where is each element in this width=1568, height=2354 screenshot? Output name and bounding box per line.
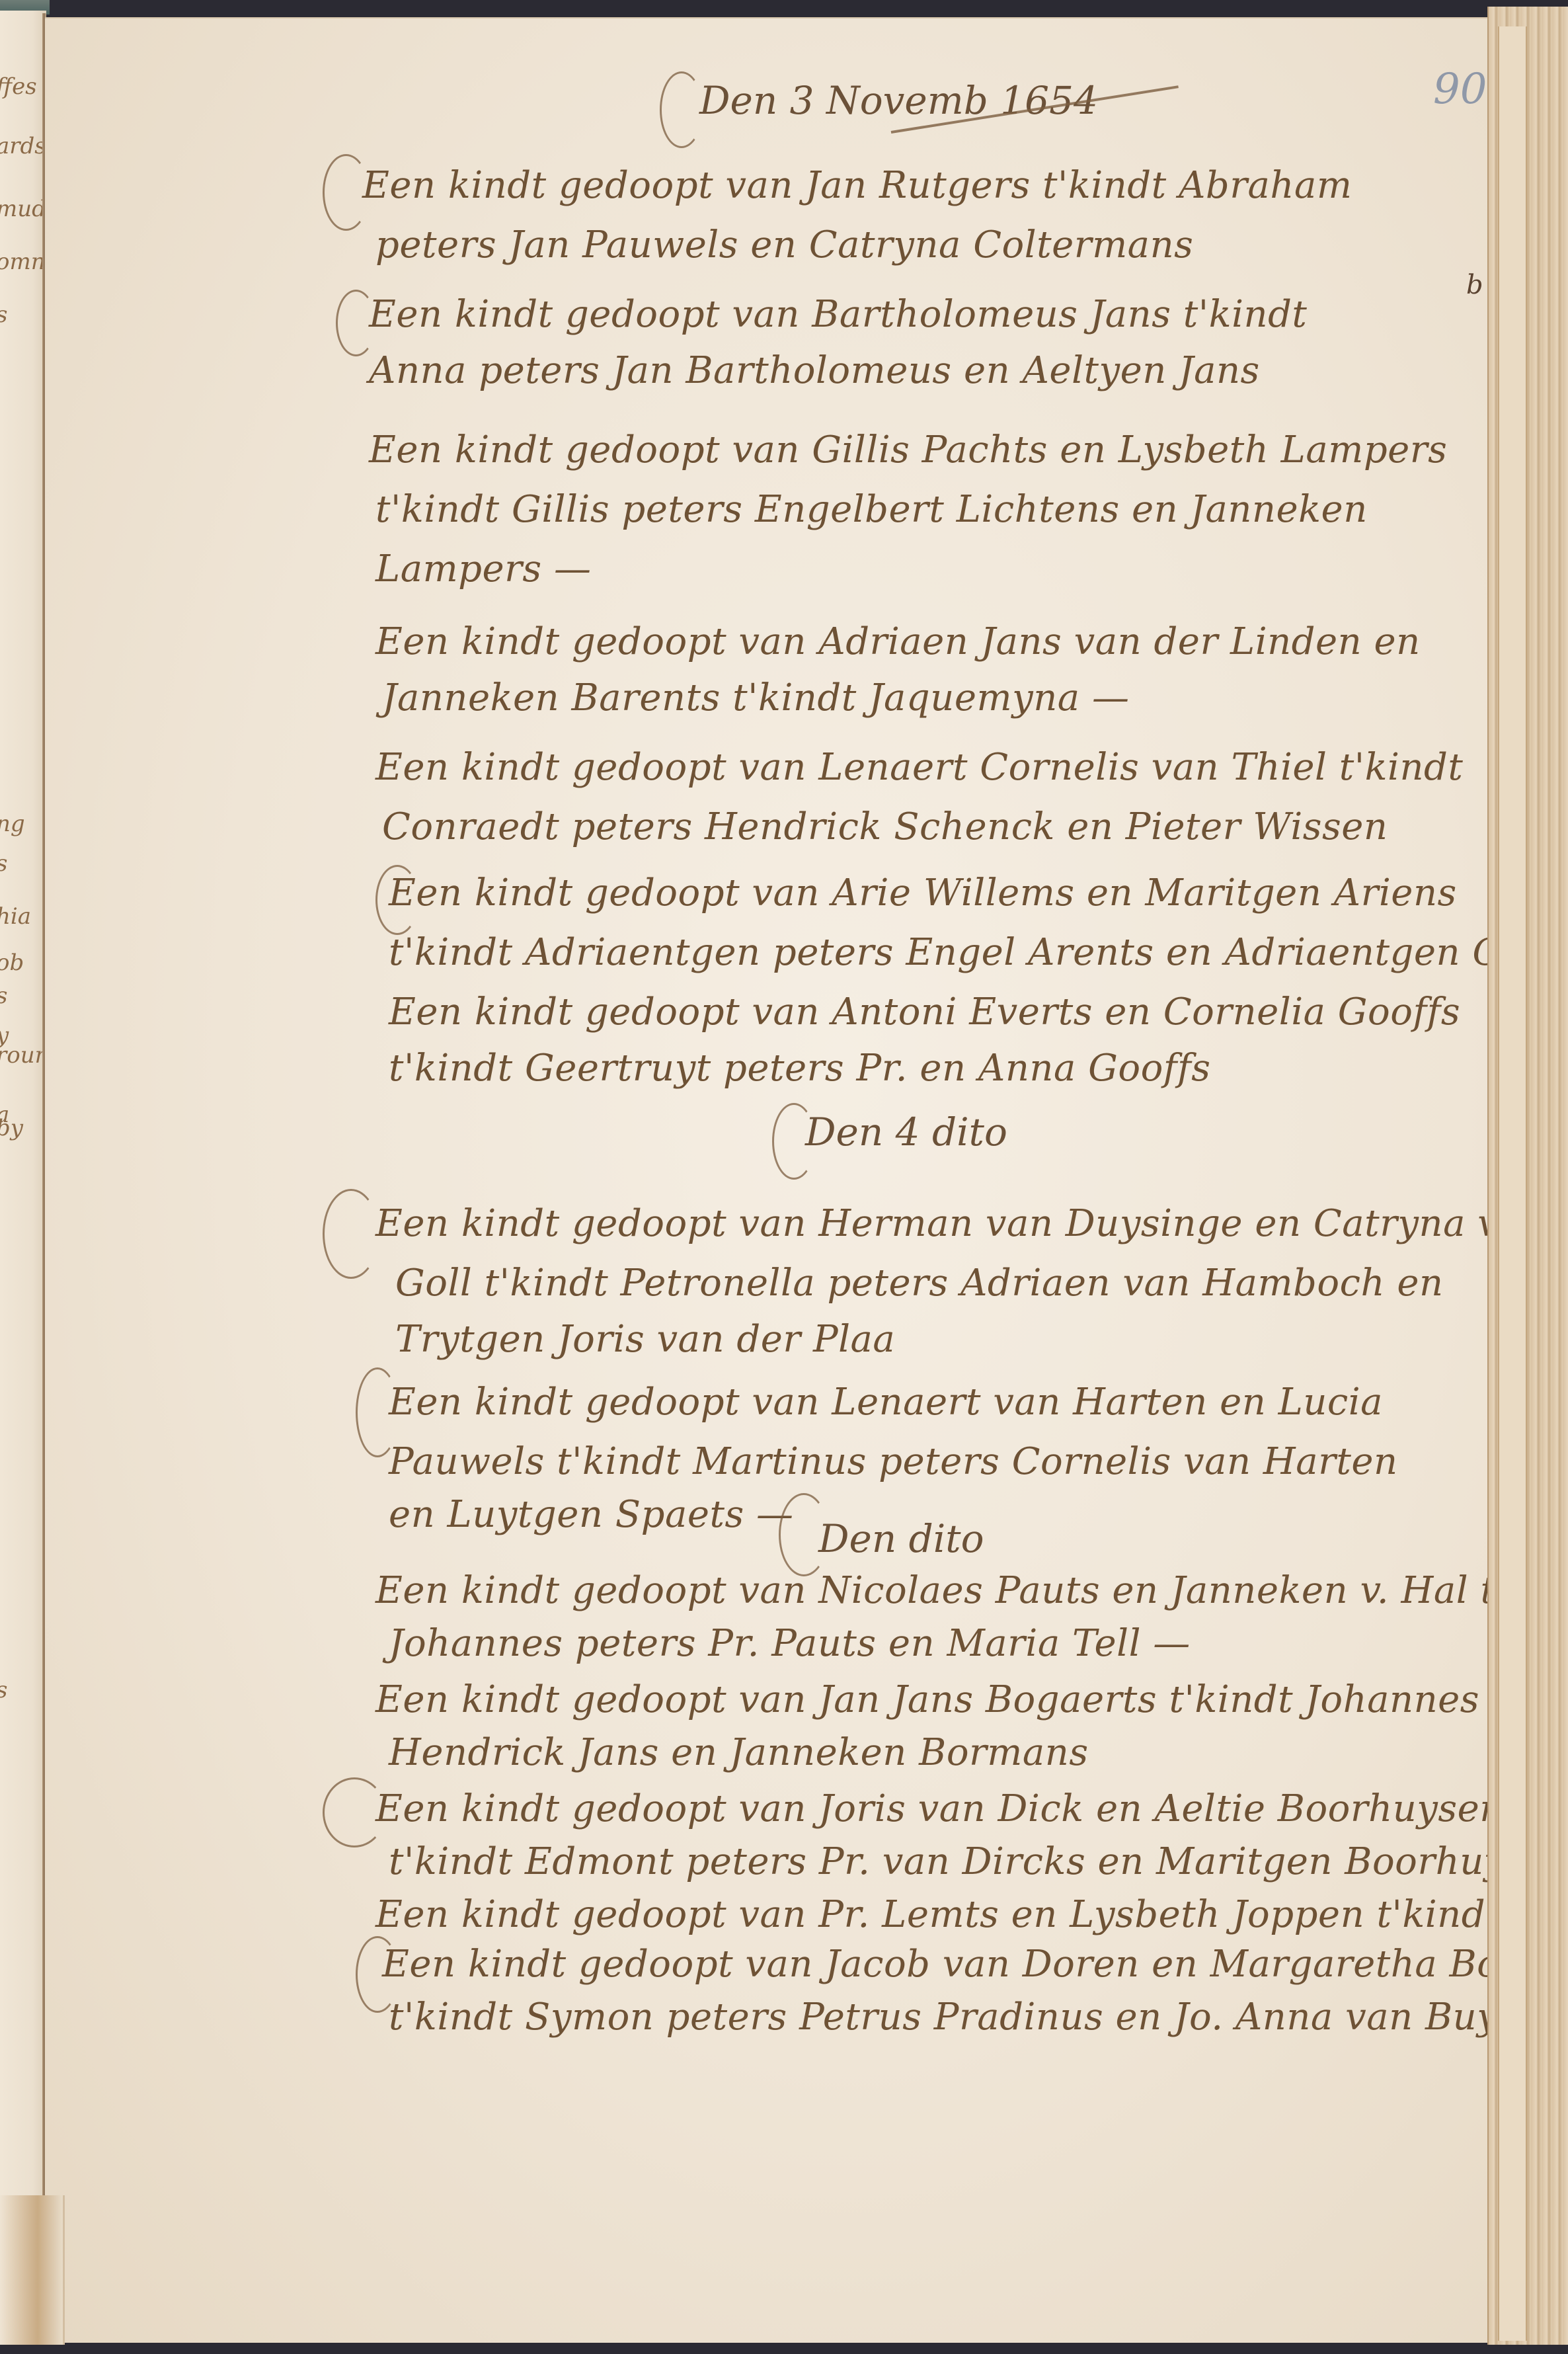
entry-line: Johannes peters Pr. Pauts en Maria Tell … [389,1622,1191,1665]
facing-page-fragment: s [0,850,7,877]
entry-line: Een kindt gedoopt van Jacob van Doren en… [382,1943,1568,1986]
entry-line: Een kindt gedoopt van Nicolaes Pauts en … [375,1569,1568,1612]
entry-line: Trytgen Joris van der Plaa [395,1318,895,1361]
facing-page-left: ffes ards mud omn s ng s hia ob s y roun… [0,11,46,2318]
entry-line: Anna peters Jan Bartholomeus en Aeltyen … [369,349,1260,392]
facing-page-fragment: roun [0,1042,46,1069]
entry-line: en Luytgen Spaets — [389,1493,794,1536]
margin-mark: b [1466,270,1483,300]
entry-line: Lampers — [375,548,591,590]
entry-line: t'kindt Adriaentgen peters Engel Arents … [389,931,1566,974]
entry-line: Een kindt gedoopt van Joris van Dick en … [375,1787,1504,1830]
background-edge [0,2345,1568,2354]
entry-line: Een kindt gedoopt van Lenaert Cornelis v… [375,746,1463,789]
facing-page-fragment: mud [0,196,46,222]
entry-line: Conraedt peters Hendrick Schenck en Piet… [382,805,1388,848]
entry-line: peters Jan Pauwels en Catryna Coltermans [375,223,1193,266]
facing-page-fragment: omn [0,249,46,275]
date-heading: Den 3 Novemb 1654 [699,78,1098,123]
entry-line: Een kindt gedoopt van Jan Rutgers t'kind… [362,164,1352,207]
entry-line: Een kindt gedoopt van Herman van Duysing… [375,1202,1546,1245]
entry-line: Hendrick Jans en Janneken Bormans [389,1731,1089,1774]
entry-line: t'kindt Symon peters Petrus Pradinus en … [389,1996,1545,2039]
manuscript-spread: ffes ards mud omn s ng s hia ob s y roun… [0,0,1568,2354]
entry-line: Goll t'kindt Petronella peters Adriaen v… [395,1262,1444,1305]
register-page: 90 Den 3 Novemb 1654 Een kindt gedoopt v… [45,17,1493,2343]
entry-line: Een kindt gedoopt van Adriaen Jans van d… [375,620,1421,663]
entry-line: Een kindt gedoopt van Pr. Lemts en Lysbe… [375,1893,1568,1936]
facing-page-fragment: ob [0,950,24,976]
entry-line: Een kindt gedoopt van Gillis Pachts en L… [369,428,1447,471]
folio-number: 90 [1433,65,1487,114]
entry-line: t'kindt Geertruyt peters Pr. en Anna Goo… [389,1047,1211,1090]
entry-line: t'kindt Gillis peters Engelbert Lichtens… [375,488,1368,531]
facing-page-fragment: s [0,302,7,328]
entry-line: Een kindt gedoopt van Arie Willems en Ma… [389,872,1457,914]
date-heading: Den dito [818,1516,984,1561]
entry-line: Een kindt gedoopt van Jan Jans Bogaerts … [375,1678,1568,1721]
date-heading: Den 4 dito [805,1110,1007,1155]
capital-flourish-icon [660,71,703,148]
facing-page-fragment: by [0,1115,23,1141]
facing-page-fragment: ffes [0,73,37,100]
facing-page-fragment: s [0,1677,7,1703]
facing-page-fragment: ng [0,811,25,837]
facing-page-fragment: s [0,983,7,1009]
capital-flourish-icon [323,1189,379,1279]
entry-line: Een kindt gedoopt van Antoni Everts en C… [389,991,1460,1034]
entry-line: Pauwels t'kindt Martinus peters Cornelis… [389,1440,1398,1483]
entry-line: Een kindt gedoopt van Bartholomeus Jans … [369,293,1307,336]
entry-line: t'kindt Edmont peters Pr. van Dircks en … [389,1840,1568,1883]
entry-line: Janneken Barents t'kindt Jaquemyna — [382,676,1129,719]
facing-page-fragment: ards [0,133,46,159]
facing-page-fragment: hia [0,903,31,930]
page-edge [1498,26,1527,2341]
torn-page-corner [0,2195,65,2347]
entry-line: Een kindt gedoopt van Lenaert van Harten… [389,1381,1383,1424]
page-stack-edge [1487,7,1568,2347]
